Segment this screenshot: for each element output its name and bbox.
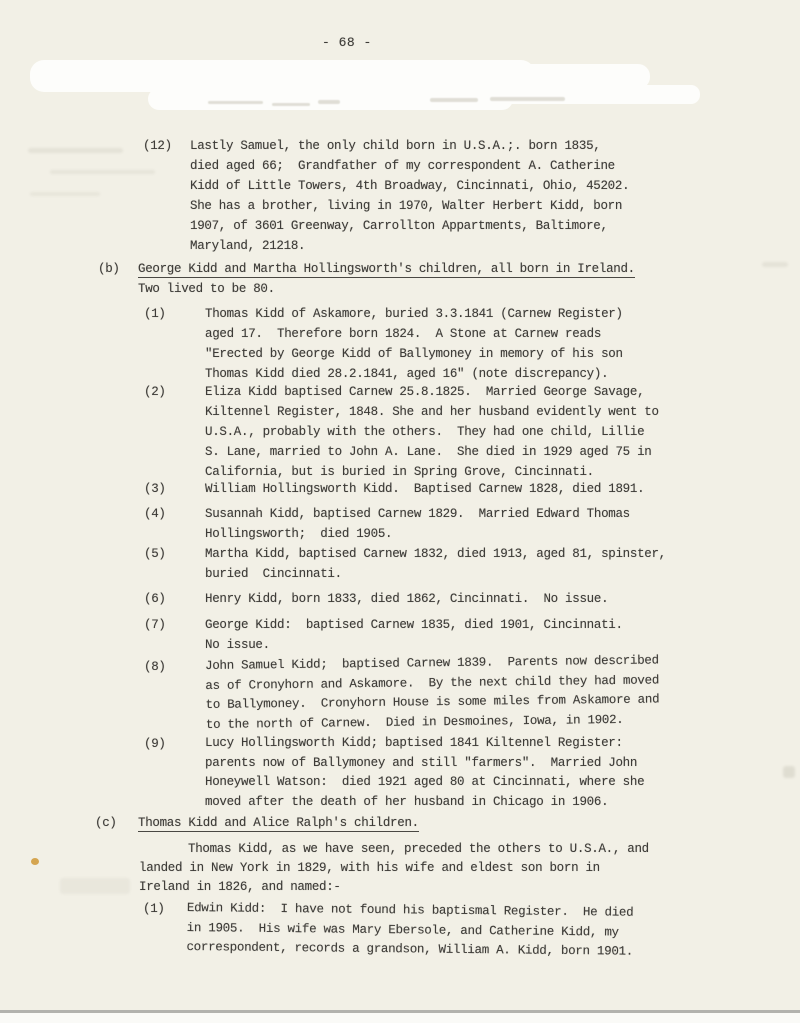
- orange-speck: [31, 858, 39, 865]
- ghost-mark: [762, 262, 788, 267]
- text-line: died aged 66; Grandfather of my correspo…: [190, 156, 629, 176]
- text-line: Kiltennel Register, 1848. She and her hu…: [205, 402, 659, 422]
- text-line: S. Lane, married to John A. Lane. She di…: [205, 442, 659, 462]
- text-line: moved after the death of her husband in …: [205, 793, 644, 813]
- b-item-2-label: (2): [144, 382, 166, 402]
- section-b-label: (b): [98, 259, 120, 279]
- b-item-5-label: (5): [144, 544, 166, 564]
- c-item-1-label: (1): [143, 899, 165, 919]
- scan-background-strip: [0, 1013, 800, 1023]
- scanned-document-page: - 68 - (12) Lastly Samuel, the only chil…: [0, 0, 800, 1023]
- text-line: Lucy Hollingsworth Kidd; baptised 1841 K…: [205, 734, 644, 754]
- item-12-label: (12): [143, 136, 172, 156]
- section-c-paragraph: Thomas Kidd, as we have seen, preceded t…: [139, 840, 649, 897]
- underlined-heading-text: Thomas Kidd and Alice Ralph's children.: [138, 816, 419, 832]
- text-line: Maryland, 21218.: [190, 236, 629, 256]
- ghost-mark: [783, 766, 795, 778]
- text-line: Martha Kidd, baptised Carnew 1832, died …: [205, 544, 666, 564]
- text-line: Ireland in 1826, and named:-: [139, 878, 649, 897]
- text-line: George Kidd: baptised Carnew 1835, died …: [205, 615, 623, 635]
- b-item-1-label: (1): [144, 304, 166, 324]
- text-line: Thomas Kidd of Askamore, buried 3.3.1841…: [205, 304, 623, 324]
- smudge-mark: [430, 98, 478, 102]
- item-12-text: Lastly Samuel, the only child born in U.…: [190, 136, 629, 256]
- smudge-mark: [318, 100, 340, 104]
- text-line: "Erected by George Kidd of Ballymoney in…: [205, 344, 623, 364]
- smudge-mark: [272, 103, 310, 106]
- text-line: Hollingsworth; died 1905.: [205, 524, 630, 544]
- smudge-mark: [208, 101, 263, 104]
- b-item-5-text: Martha Kidd, baptised Carnew 1832, died …: [205, 544, 666, 584]
- text-line: buried Cincinnati.: [205, 564, 666, 584]
- b-item-4-text: Susannah Kidd, baptised Carnew 1829. Mar…: [205, 504, 630, 544]
- text-line: Honeywell Watson: died 1921 aged 80 at C…: [205, 773, 644, 793]
- smudge-mark: [490, 97, 565, 101]
- ghost-mark: [30, 192, 100, 196]
- b-item-4-label: (4): [144, 504, 166, 524]
- b-item-7-label: (7): [144, 615, 166, 635]
- whiteout-blob: [495, 85, 700, 104]
- b-item-6-text: Henry Kidd, born 1833, died 1862, Cincin…: [205, 589, 608, 609]
- b-item-9-label: (9): [144, 734, 166, 754]
- b-item-8-text: John Samuel Kidd; baptised Carnew 1839. …: [205, 651, 660, 735]
- ghost-mark: [28, 148, 123, 153]
- section-c-heading: Thomas Kidd and Alice Ralph's children.: [138, 813, 419, 833]
- text-line: parents now of Ballymoney and still "far…: [205, 754, 644, 774]
- text-line: She has a brother, living in 1970, Walte…: [190, 196, 629, 216]
- b-item-7-text: George Kidd: baptised Carnew 1835, died …: [205, 615, 623, 655]
- b-item-8-label: (8): [144, 657, 166, 677]
- text-line: Henry Kidd, born 1833, died 1862, Cincin…: [205, 589, 608, 609]
- ghost-mark: [50, 170, 155, 174]
- b-item-3-label: (3): [144, 479, 166, 499]
- b-item-2-text: Eliza Kidd baptised Carnew 25.8.1825. Ma…: [205, 382, 659, 482]
- text-line: Kidd of Little Towers, 4th Broadway, Cin…: [190, 176, 629, 196]
- ghost-mark: [60, 878, 130, 894]
- text-line: Susannah Kidd, baptised Carnew 1829. Mar…: [205, 504, 630, 524]
- section-b-heading: George Kidd and Martha Hollingsworth's c…: [138, 259, 635, 299]
- section-b-heading-line2: Two lived to be 80.: [138, 279, 635, 299]
- text-line: William Hollingsworth Kidd. Baptised Car…: [205, 479, 644, 499]
- section-c-label: (c): [95, 813, 117, 833]
- text-line: U.S.A., probably with the others. They h…: [205, 422, 659, 442]
- text-line: Lastly Samuel, the only child born in U.…: [190, 136, 629, 156]
- page-number: - 68 -: [322, 33, 372, 53]
- text-line: Thomas Kidd, as we have seen, preceded t…: [139, 840, 649, 859]
- b-item-3-text: William Hollingsworth Kidd. Baptised Car…: [205, 479, 644, 499]
- text-line: Eliza Kidd baptised Carnew 25.8.1825. Ma…: [205, 382, 659, 402]
- text-line: landed in New York in 1829, with his wif…: [139, 859, 649, 878]
- b-item-1-text: Thomas Kidd of Askamore, buried 3.3.1841…: [205, 304, 623, 384]
- b-item-9-text: Lucy Hollingsworth Kidd; baptised 1841 K…: [205, 734, 644, 812]
- section-c-heading-line: Thomas Kidd and Alice Ralph's children.: [138, 813, 419, 833]
- text-line: 1907, of 3601 Greenway, Carrollton Appar…: [190, 216, 629, 236]
- text-line: aged 17. Therefore born 1824. A Stone at…: [205, 324, 623, 344]
- section-b-heading-line1: George Kidd and Martha Hollingsworth's c…: [138, 259, 635, 279]
- c-item-1-text: Edwin Kidd: I have not found his baptism…: [186, 899, 633, 962]
- underlined-heading-text: George Kidd and Martha Hollingsworth's c…: [138, 262, 635, 278]
- text-line: Thomas Kidd died 28.2.1841, aged 16" (no…: [205, 364, 623, 384]
- b-item-6-label: (6): [144, 589, 166, 609]
- text-line: correspondent, records a grandson, Willi…: [186, 938, 633, 962]
